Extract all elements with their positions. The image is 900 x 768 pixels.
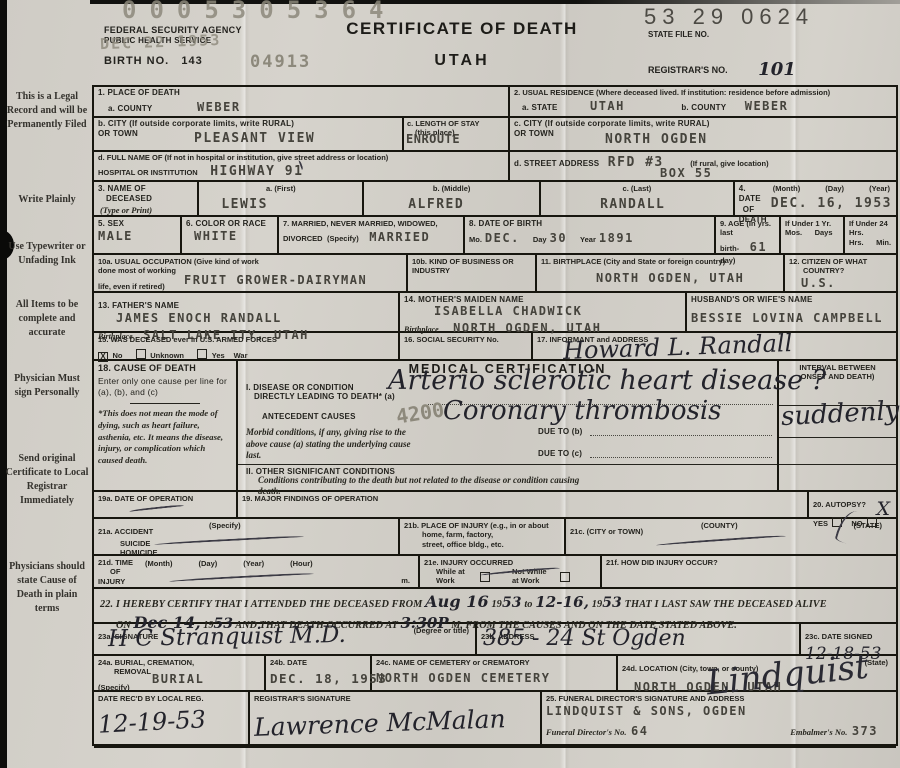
row-place-residence: 1. PLACE OF DEATH a. COUNTY WEBER b. CIT… (94, 87, 896, 182)
burial-date-cell: 24b. DATE DEC. 18, 1953 (266, 656, 372, 690)
row-forces-informant: 15. WAS DECEASED ever in U.S. ARMED FORC… (94, 333, 896, 361)
row-stats: 5. SEX MALE 6. COLOR OR RACE WHITE 7. MA… (94, 217, 896, 255)
burial-date-label: 24b. DATE (270, 658, 366, 667)
due-to-b-label: DUE TO (b) (538, 427, 583, 437)
burial-type-cell: 24a. BURIAL, CREMATION, REMOVAL (Specify… (94, 656, 266, 690)
spouse-value: BESSIE LOVINA CAMPBELL (691, 311, 892, 325)
received-date-stamp: DEC 22 1953 (100, 31, 222, 53)
certify-to-year: 53 (602, 595, 622, 611)
race-value: WHITE (194, 229, 273, 243)
armed-forces-cell: 15. WAS DECEASED ever in U.S. ARMED FORC… (94, 333, 400, 359)
burial-label-3: (Specify) (98, 683, 130, 692)
marital-label3: (Specify) (327, 234, 359, 243)
date-received-value: 12-19-53 (97, 704, 244, 740)
middle-name-value: ALFRED (408, 197, 535, 212)
stay-label: c. LENGTH OF STAY (407, 119, 505, 128)
city-stay-cells: b. CITY (If outside corporate limits, wr… (94, 118, 508, 152)
autopsy-no-mark: X (876, 498, 890, 520)
birthplace-value: NORTH OGDEN, UTAH (596, 271, 779, 285)
registrar-signature-cell: REGISTRAR'S SIGNATURE Lawrence McMalan (250, 692, 542, 746)
margin-note-complete: All Items to be complete and accurate (5, 298, 89, 340)
time-year-label: (Year) (243, 559, 264, 586)
certify-from-value: Aug 16 (425, 592, 489, 611)
funeral-firm-value: LINDQUIST & SONS, OGDEN (546, 704, 892, 718)
father-cell: 13. FATHER'S NAME JAMES ENOCH RANDALL Bi… (94, 293, 400, 331)
certify-part-2: THAT I LAST SAW THE DECEASED ALIVE (625, 599, 827, 610)
dod-label-1: 4. DATE (739, 184, 767, 205)
date-of-death-cell: 4. DATE OF DEATH (Month) (Day) (Year) DE… (735, 182, 896, 215)
usual-residence-section: 2. USUAL RESIDENCE (Where deceased lived… (510, 87, 896, 180)
residence-county-label: b. COUNTY (681, 103, 726, 112)
interval-rule-3 (779, 464, 896, 465)
sex-cell: 5. SEX MALE (94, 217, 182, 253)
major-findings-cell: 19. MAJOR FINDINGS OF OPERATION (238, 492, 809, 517)
dob-day-label: Day (533, 235, 547, 244)
residence-city-cell: c. CITY (If outside corporate limits, wr… (510, 118, 896, 152)
certify-19-1: 19 (491, 599, 502, 610)
mother-name-value: ISABELLA CHADWICK (434, 304, 681, 318)
birth-number: BIRTH NO. 143 (104, 55, 203, 67)
date-signed-label: 23c. DATE SIGNED (805, 632, 872, 641)
cause-footnote: *This does not mean the mode of dying, s… (98, 408, 232, 467)
residence-county-value: WEBER (745, 99, 789, 113)
under-1yr-label: If Under 1 Yr. (785, 219, 839, 228)
certify-19-2: 19 (592, 599, 603, 610)
not-while-at-work-checkbox (560, 572, 570, 582)
dod-value: DEC. 16, 1953 (771, 196, 892, 211)
age-value: 61 (750, 240, 767, 254)
dob-month-value: DEC. (485, 231, 520, 245)
city-label: b. CITY (If outside corporate limits, wr… (98, 119, 398, 129)
time-day-label: (Day) (199, 559, 218, 586)
margin-note-legal-record: This is a Legal Record and will be Perma… (5, 90, 89, 132)
registrar-number: REGISTRAR'S NO. 101 (648, 57, 768, 78)
funeral-director-no-label: Funeral Director's No. (546, 727, 627, 737)
last-name-value: RANDALL (600, 197, 729, 212)
sex-label: 5. SEX (98, 219, 176, 229)
dob-label: 8. DATE OF BIRTH (469, 219, 710, 229)
injury-occurred-cell: 21e. INJURY OCCURRED While at Work Not W… (420, 556, 602, 587)
interval-suddenly: suddenly (780, 396, 900, 432)
row-physician: 23a. SIGNATURE (Degree or title) H C Str… (94, 624, 896, 656)
length-of-stay-cell: c. LENGTH OF STAY (this place) ENROUTE (402, 118, 508, 150)
residence-city-label: c. CITY (If outside corporate limits, wr… (514, 119, 892, 129)
dotted-rule-c (590, 457, 772, 458)
sex-value: MALE (98, 229, 176, 243)
street-address-cell: d. STREET ADDRESS RFD #3 (If rural, give… (510, 152, 896, 182)
certify-cell: 22. I HEREBY CERTIFY THAT I ATTENDED THE… (94, 589, 896, 622)
race-label: 6. COLOR OR RACE (186, 219, 273, 229)
due-to-c-label: DUE TO (c) (538, 449, 582, 459)
row-medical-certification: 18. CAUSE OF DEATH Enter only one cause … (94, 361, 896, 492)
residence-state-county-cell: 2. USUAL RESIDENCE (Where deceased lived… (510, 87, 896, 118)
accident-cell: 21a. ACCIDENT (Specify) SUICIDE HOMICIDE (94, 519, 400, 554)
street-label: d. STREET ADDRESS (514, 159, 599, 168)
row-name: 3. NAME OF DECEASED (Type or Print) a. (… (94, 182, 896, 217)
checkbox-no-label: No (112, 351, 122, 360)
cause-of-death-label: 18. CAUSE OF DEATH (98, 363, 232, 375)
time-injury-label-1: 21d. TIME (98, 558, 133, 567)
marital-value: MARRIED (369, 230, 430, 244)
under-1yr-sublabels: Mos. Days (785, 228, 839, 237)
row-occupation: 10a. USUAL OCCUPATION (Give kind of work… (94, 255, 896, 293)
time-injury-label-2: OF (110, 567, 133, 576)
last-name-cell: c. (Last) RANDALL (541, 182, 735, 215)
institution-cell: d. FULL NAME OF (If not in hospital or i… (94, 152, 508, 182)
date-of-operation-cell: 19a. DATE OF OPERATION (94, 492, 238, 517)
occupation-cell: 10a. USUAL OCCUPATION (Give kind of work… (94, 255, 408, 291)
residence-state-value: UTAH (590, 99, 625, 113)
registrar-signature-value: Lawrence McMalan (254, 703, 537, 742)
occupation-value: FRUIT GROWER-DAIRYMAN (184, 273, 367, 287)
row-certify: 22. I HEREBY CERTIFY THAT I ATTENDED THE… (94, 589, 896, 624)
date-of-birth-cell: 8. DATE OF BIRTH Mo. DEC. Day 30 Year 18… (465, 217, 716, 253)
morbid-note: Morbid conditions, if any, giving rise t… (246, 427, 424, 462)
spouse-label: HUSBAND'S OR WIFE'S NAME (691, 295, 892, 305)
place-of-injury-label-1: 21b. PLACE OF INJURY (e.g., in or about (404, 521, 560, 530)
place-of-injury-label-3: street, office bldg., etc. (422, 540, 560, 549)
state-name: UTAH (297, 52, 627, 70)
injury-location-cell: 21c. (CITY or TOWN) (COUNTY) (STATE) (566, 519, 896, 554)
date-received-cell: DATE REC'D BY LOCAL REG. 12-19-53 (94, 692, 250, 746)
citizen-cell: 12. CITIZEN OF WHAT COUNTRY? U.S. (785, 255, 896, 291)
checkbox-unknown-label: Unknown (150, 351, 184, 360)
time-month-label: (Month) (145, 559, 172, 586)
injury-occurred-label: 21e. INJURY OCCURRED (424, 558, 596, 567)
pen-dash-21c (656, 534, 786, 545)
marital-cell: 7. MARRIED, NEVER MARRIED, WIDOWED, DIVO… (279, 217, 465, 253)
dob-year-label: Year (580, 235, 596, 244)
usual-residence-title: 2. USUAL RESIDENCE (Where deceased lived… (514, 88, 892, 97)
middle-name-cell: b. (Middle) ALFRED (364, 182, 541, 215)
last-name-label: c. (Last) (545, 184, 729, 193)
marital-label: 7. MARRIED, NEVER MARRIED, WIDOWED, (283, 219, 459, 228)
at-work-label: at Work (512, 576, 539, 585)
state-file-number: 53 29 0624 (644, 4, 814, 30)
time-m-label: m. (401, 576, 410, 585)
residence-city-value: NORTH OGDEN (605, 132, 708, 147)
date-of-operation-label: 19a. DATE OF OPERATION (98, 494, 232, 503)
birthplace-label: 11. BIRTHPLACE (City and State or foreig… (541, 257, 779, 266)
while-at-label: While at (436, 567, 465, 576)
citizen-label2: COUNTRY? (803, 266, 892, 275)
certificate-title: CERTIFICATE OF DEATH (297, 19, 627, 39)
name-label-3: (Type or Print) (100, 205, 193, 215)
under-24hr-cell: If Under 24 Hrs. Hrs. Min. (845, 217, 896, 253)
dob-mo-label: Mo. (469, 235, 482, 244)
checkbox-yes (197, 349, 207, 359)
margin-note-write-plainly: Write Plainly (5, 193, 89, 207)
county-cell: 1. PLACE OF DEATH a. COUNTY WEBER (94, 87, 508, 118)
time-of-injury-cell: 21d. TIME OF INJURY (Month) (Day) (Year)… (94, 556, 420, 587)
informant-cell: 17. INFORMANT and ADDRESS Howard L. Rand… (533, 333, 896, 359)
autopsy-label: 20. AUTOPSY? (813, 500, 866, 509)
margin-note-plain-terms: Physicians should state Cause of Death i… (5, 560, 89, 616)
row-injury-time: 21d. TIME OF INJURY (Month) (Day) (Year)… (94, 556, 896, 589)
certify-from-year: 53 (502, 595, 522, 611)
ssn-cell: 16. SOCIAL SECURITY No. (400, 333, 533, 359)
time-injury-label-3: INJURY (98, 577, 133, 586)
war-label: War (234, 351, 248, 360)
cemetery-label: 24c. NAME OF CEMETERY or CREMATORY (376, 658, 612, 667)
industry-label: 10b. KIND OF BUSINESS OR INDUSTRY (412, 257, 531, 276)
how-injury-label: 21f. HOW DID INJURY OCCUR? (606, 558, 892, 567)
race-cell: 6. COLOR OR RACE WHITE (182, 217, 279, 253)
cemetery-cell: 24c. NAME OF CEMETERY or CREMATORY NORTH… (372, 656, 618, 690)
place-of-death-section: 1. PLACE OF DEATH a. COUNTY WEBER b. CIT… (94, 87, 510, 180)
rural-value: BOX 55 (660, 166, 712, 180)
institution-label2: HOSPITAL OR INSTITUTION (98, 168, 198, 177)
injury-county-label: (COUNTY) (701, 521, 738, 530)
certify-to-value: 12-16, (535, 593, 589, 611)
occupation-label3: life, even if retired) (98, 282, 165, 291)
spouse-cell: HUSBAND'S OR WIFE'S NAME BESSIE LOVINA C… (687, 293, 896, 331)
birth-number-value: 143 (181, 55, 202, 67)
specify-label: (Specify) (209, 521, 241, 530)
dob-year-value: 1891 (599, 231, 634, 245)
row-injury-place: 21a. ACCIDENT (Specify) SUICIDE HOMICIDE… (94, 519, 896, 556)
age-cell: 9. AGE (In yrs. last birth- 61 day) (716, 217, 781, 253)
county-label: a. COUNTY (108, 104, 152, 113)
certify-to-word: to (524, 599, 532, 610)
embalmer-no-label: Embalmer's No. (790, 727, 847, 737)
disease-label-2: DIRECTLY LEADING TO DEATH* (a) (254, 392, 395, 402)
institution-value: HIGHWAY 91 (210, 164, 303, 179)
name-label-2: DECEASED (106, 194, 193, 204)
under-24hr-sublabels: Hrs. Min. (849, 238, 892, 247)
certificate-header: 0005305364 FEDERAL SECURITY AGENCY PUBLI… (92, 0, 898, 85)
marital-label2: DIVORCED (283, 234, 323, 243)
death-certificate-scan: { "margin": { "notes": [ "This is a Lega… (0, 0, 900, 768)
age-label: 9. AGE (In yrs. last (720, 219, 775, 238)
middle-name-label: b. (Middle) (368, 184, 535, 193)
physician-signature-value: H C Stranquist M.D. (108, 622, 346, 652)
cemetery-value: NORTH OGDEN CEMETERY (376, 671, 612, 685)
armed-forces-label: 15. WAS DECEASED ever in U.S. ARMED FORC… (98, 335, 394, 344)
first-name-value: LEWIS (221, 197, 358, 212)
checkbox-unknown (136, 349, 146, 359)
dod-day-label: (Day) (825, 184, 844, 193)
birth-number-label: BIRTH NO. (104, 55, 169, 67)
first-name-cell: a. (First) LEWIS (199, 182, 364, 215)
under-1yr-cell: If Under 1 Yr. Mos. Days (781, 217, 845, 253)
degree-title-label: (Degree or title) (414, 626, 469, 635)
row-parents: 13. FATHER'S NAME JAMES ENOCH RANDALL Bi… (94, 293, 896, 333)
margin-note-typewriter: Use Typewriter or Unfading Ink (5, 240, 89, 268)
row-operation: 19a. DATE OF OPERATION 19. MAJOR FINDING… (94, 492, 896, 519)
embalmer-no-value: 373 (852, 724, 878, 738)
physician-signature-cell: 23a. SIGNATURE (Degree or title) H C Str… (94, 624, 477, 654)
margin-note-send-original: Send original Certificate to Local Regis… (5, 452, 89, 508)
how-injury-cell: 21f. HOW DID INJURY OCCUR? (602, 556, 896, 587)
cause-note: Enter only one cause per line for (a), (… (98, 376, 232, 398)
burial-date-value: DEC. 18, 1953 (270, 671, 366, 686)
under-24hr-label: If Under 24 Hrs. (849, 219, 892, 238)
major-findings-label: 19. MAJOR FINDINGS OF OPERATION (242, 494, 803, 503)
father-label: 13. FATHER'S NAME (98, 301, 179, 310)
injury-city-label: 21c. (CITY or TOWN) (570, 527, 643, 536)
stamp-4200: 4200 (394, 397, 445, 428)
industry-cell: 10b. KIND OF BUSINESS OR INDUSTRY (408, 255, 537, 291)
dob-day-value: 30 (550, 231, 567, 245)
registrar-number-label: REGISTRAR'S NO. (648, 65, 728, 75)
place-of-injury-cell: 21b. PLACE OF INJURY (e.g., in or about … (400, 519, 566, 554)
mother-cell: 14. MOTHER'S MAIDEN NAME ISABELLA CHADWI… (400, 293, 687, 331)
residence-state-label: a. STATE (522, 103, 558, 112)
work-label: Work (436, 576, 455, 585)
burial-value: BURIAL (152, 672, 204, 686)
dod-year-label: (Year) (869, 184, 890, 193)
certificate-form: 1. PLACE OF DEATH a. COUNTY WEBER b. CIT… (92, 85, 898, 746)
place-of-death-title: 1. PLACE OF DEATH (98, 88, 504, 98)
date-received-label: DATE REC'D BY LOCAL REG. (98, 694, 244, 703)
birthplace-cell: 11. BIRTHPLACE (City and State or foreig… (537, 255, 785, 291)
ssn-label: 16. SOCIAL SECURITY No. (404, 335, 527, 344)
county-value: WEBER (197, 100, 241, 114)
stay-value: ENROUTE (406, 132, 460, 146)
cause-of-death-cell: 18. CAUSE OF DEATH Enter only one cause … (94, 361, 238, 490)
occupation-label: 10a. USUAL OCCUPATION (Give kind of work (98, 257, 402, 266)
citizen-value: U.S. (801, 276, 892, 290)
registrar-number-value: 101 (758, 59, 796, 80)
burial-label-1: 24a. BURIAL, CREMATION, (98, 658, 260, 667)
name-of-deceased-label-cell: 3. NAME OF DECEASED (Type or Print) (94, 182, 199, 215)
dotted-rule-b (590, 435, 772, 436)
funeral-director-no-value: 64 (631, 724, 648, 738)
cause-a-handwriting: Arterio sclerotic heart disease ? (388, 365, 826, 396)
accident-label: 21a. ACCIDENT (98, 527, 153, 536)
medical-certification-cell: MEDICAL CERTIFICATION I. DISEASE OR COND… (238, 361, 779, 490)
cause-b-handwriting: Coronary thrombosis (443, 396, 721, 426)
name-label-1: 3. NAME OF (98, 184, 193, 194)
checkbox-yes-label: Yes (212, 351, 225, 360)
city-cell: b. CITY (If outside corporate limits, wr… (94, 118, 402, 150)
antecedent-label: ANTECEDENT CAUSES (262, 412, 356, 422)
registrar-signature-label: REGISTRAR'S SIGNATURE (254, 694, 536, 703)
dod-month-label: (Month) (773, 184, 800, 193)
first-name-label: a. (First) (203, 184, 358, 193)
citizen-label: 12. CITIZEN OF WHAT (789, 257, 892, 266)
pen-dash-19a (129, 504, 184, 512)
row-registrar: DATE REC'D BY LOCAL REG. 12-19-53 REGIST… (94, 692, 896, 748)
father-name-value: JAMES ENOCH RANDALL (116, 311, 394, 325)
margin-note-physician-sign: Physician Must sign Personally (5, 372, 89, 400)
dod-label-2: OF (743, 205, 767, 215)
physician-address-cell: 23b. ADDRESS 385 - 24 St Ogden (477, 624, 801, 654)
place-of-injury-label-2: home, farm, factory, (422, 530, 560, 539)
other-conditions-divider (238, 464, 777, 465)
institution-label: d. FULL NAME OF (If not in hospital or i… (98, 153, 504, 162)
certify-part-1: 22. I HEREBY CERTIFY THAT I ATTENDED THE… (100, 599, 422, 610)
state-file-label: STATE FILE NO. (648, 30, 709, 39)
interval-rule-2 (779, 437, 896, 438)
age-label2: birth- (720, 244, 739, 253)
city-value: PLEASANT VIEW (194, 131, 315, 146)
street-value: RFD #3 (608, 155, 664, 170)
physician-address-value: 385 - 24 St Ogden (483, 626, 686, 651)
